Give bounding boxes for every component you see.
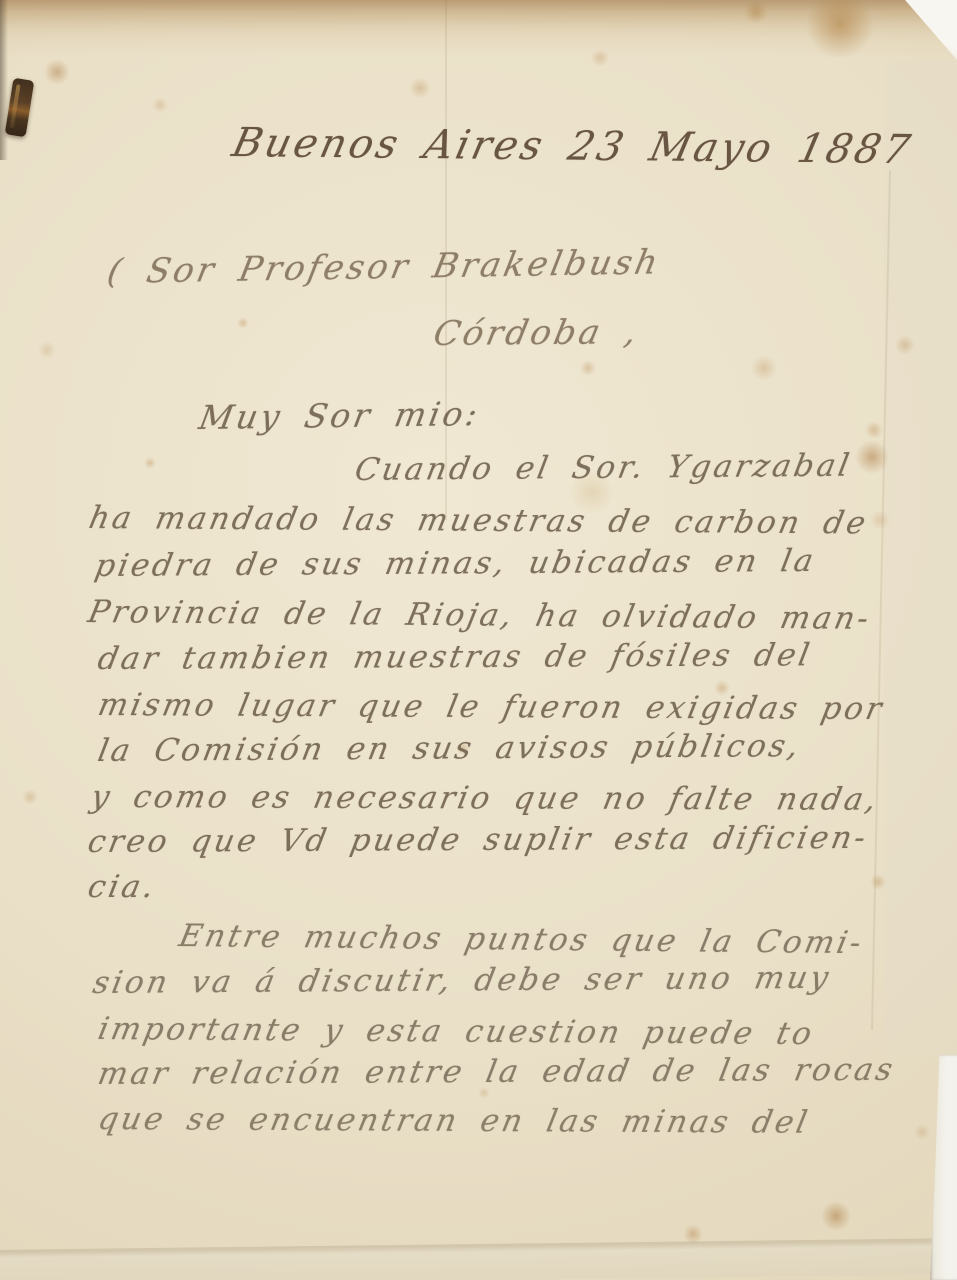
handwriting-line: mar relación entre la edad de las rocas <box>95 1052 898 1092</box>
handwriting-line: mismo lugar que le fueron exigidas por <box>95 687 888 727</box>
handwriting-line: la Comisión en sus avisos públicos, <box>95 728 804 769</box>
handwriting-line: cia. <box>85 869 160 905</box>
handwriting-line: y como es necesario que no falte nada, <box>88 779 882 818</box>
handwriting-line: dar tambien muestras de fósiles del <box>95 637 815 677</box>
handwriting-line: que se encuentran en las minas del <box>95 1101 813 1141</box>
salutation: Muy Sor mio: <box>196 394 484 437</box>
handwriting-line: Provincia de la Rioja, ha olvidado man- <box>85 594 875 637</box>
addressee-city: Córdoba , <box>430 312 643 354</box>
handwriting-line: ha mandado las muestras de carbon de <box>86 500 872 541</box>
dateline: Buenos Aires 23 Mayo 1887 <box>228 120 917 173</box>
handwriting-line: piedra de sus minas, ubicadas en la <box>92 543 819 584</box>
handwriting-line: sion va á discutir, debe ser uno muy <box>90 960 834 1001</box>
handwriting-line: creo que Vd puede suplir esta dificien- <box>85 820 871 860</box>
handwriting-line: Cuando el Sor. Ygarzabal <box>352 448 855 488</box>
letter-photograph: Buenos Aires 23 Mayo 1887 ( Sor Profesor… <box>0 0 957 1280</box>
handwriting-line: importante y esta cuestion puede to <box>95 1011 818 1052</box>
handwriting-line: Entre muchos puntos que la Comi- <box>176 918 867 961</box>
